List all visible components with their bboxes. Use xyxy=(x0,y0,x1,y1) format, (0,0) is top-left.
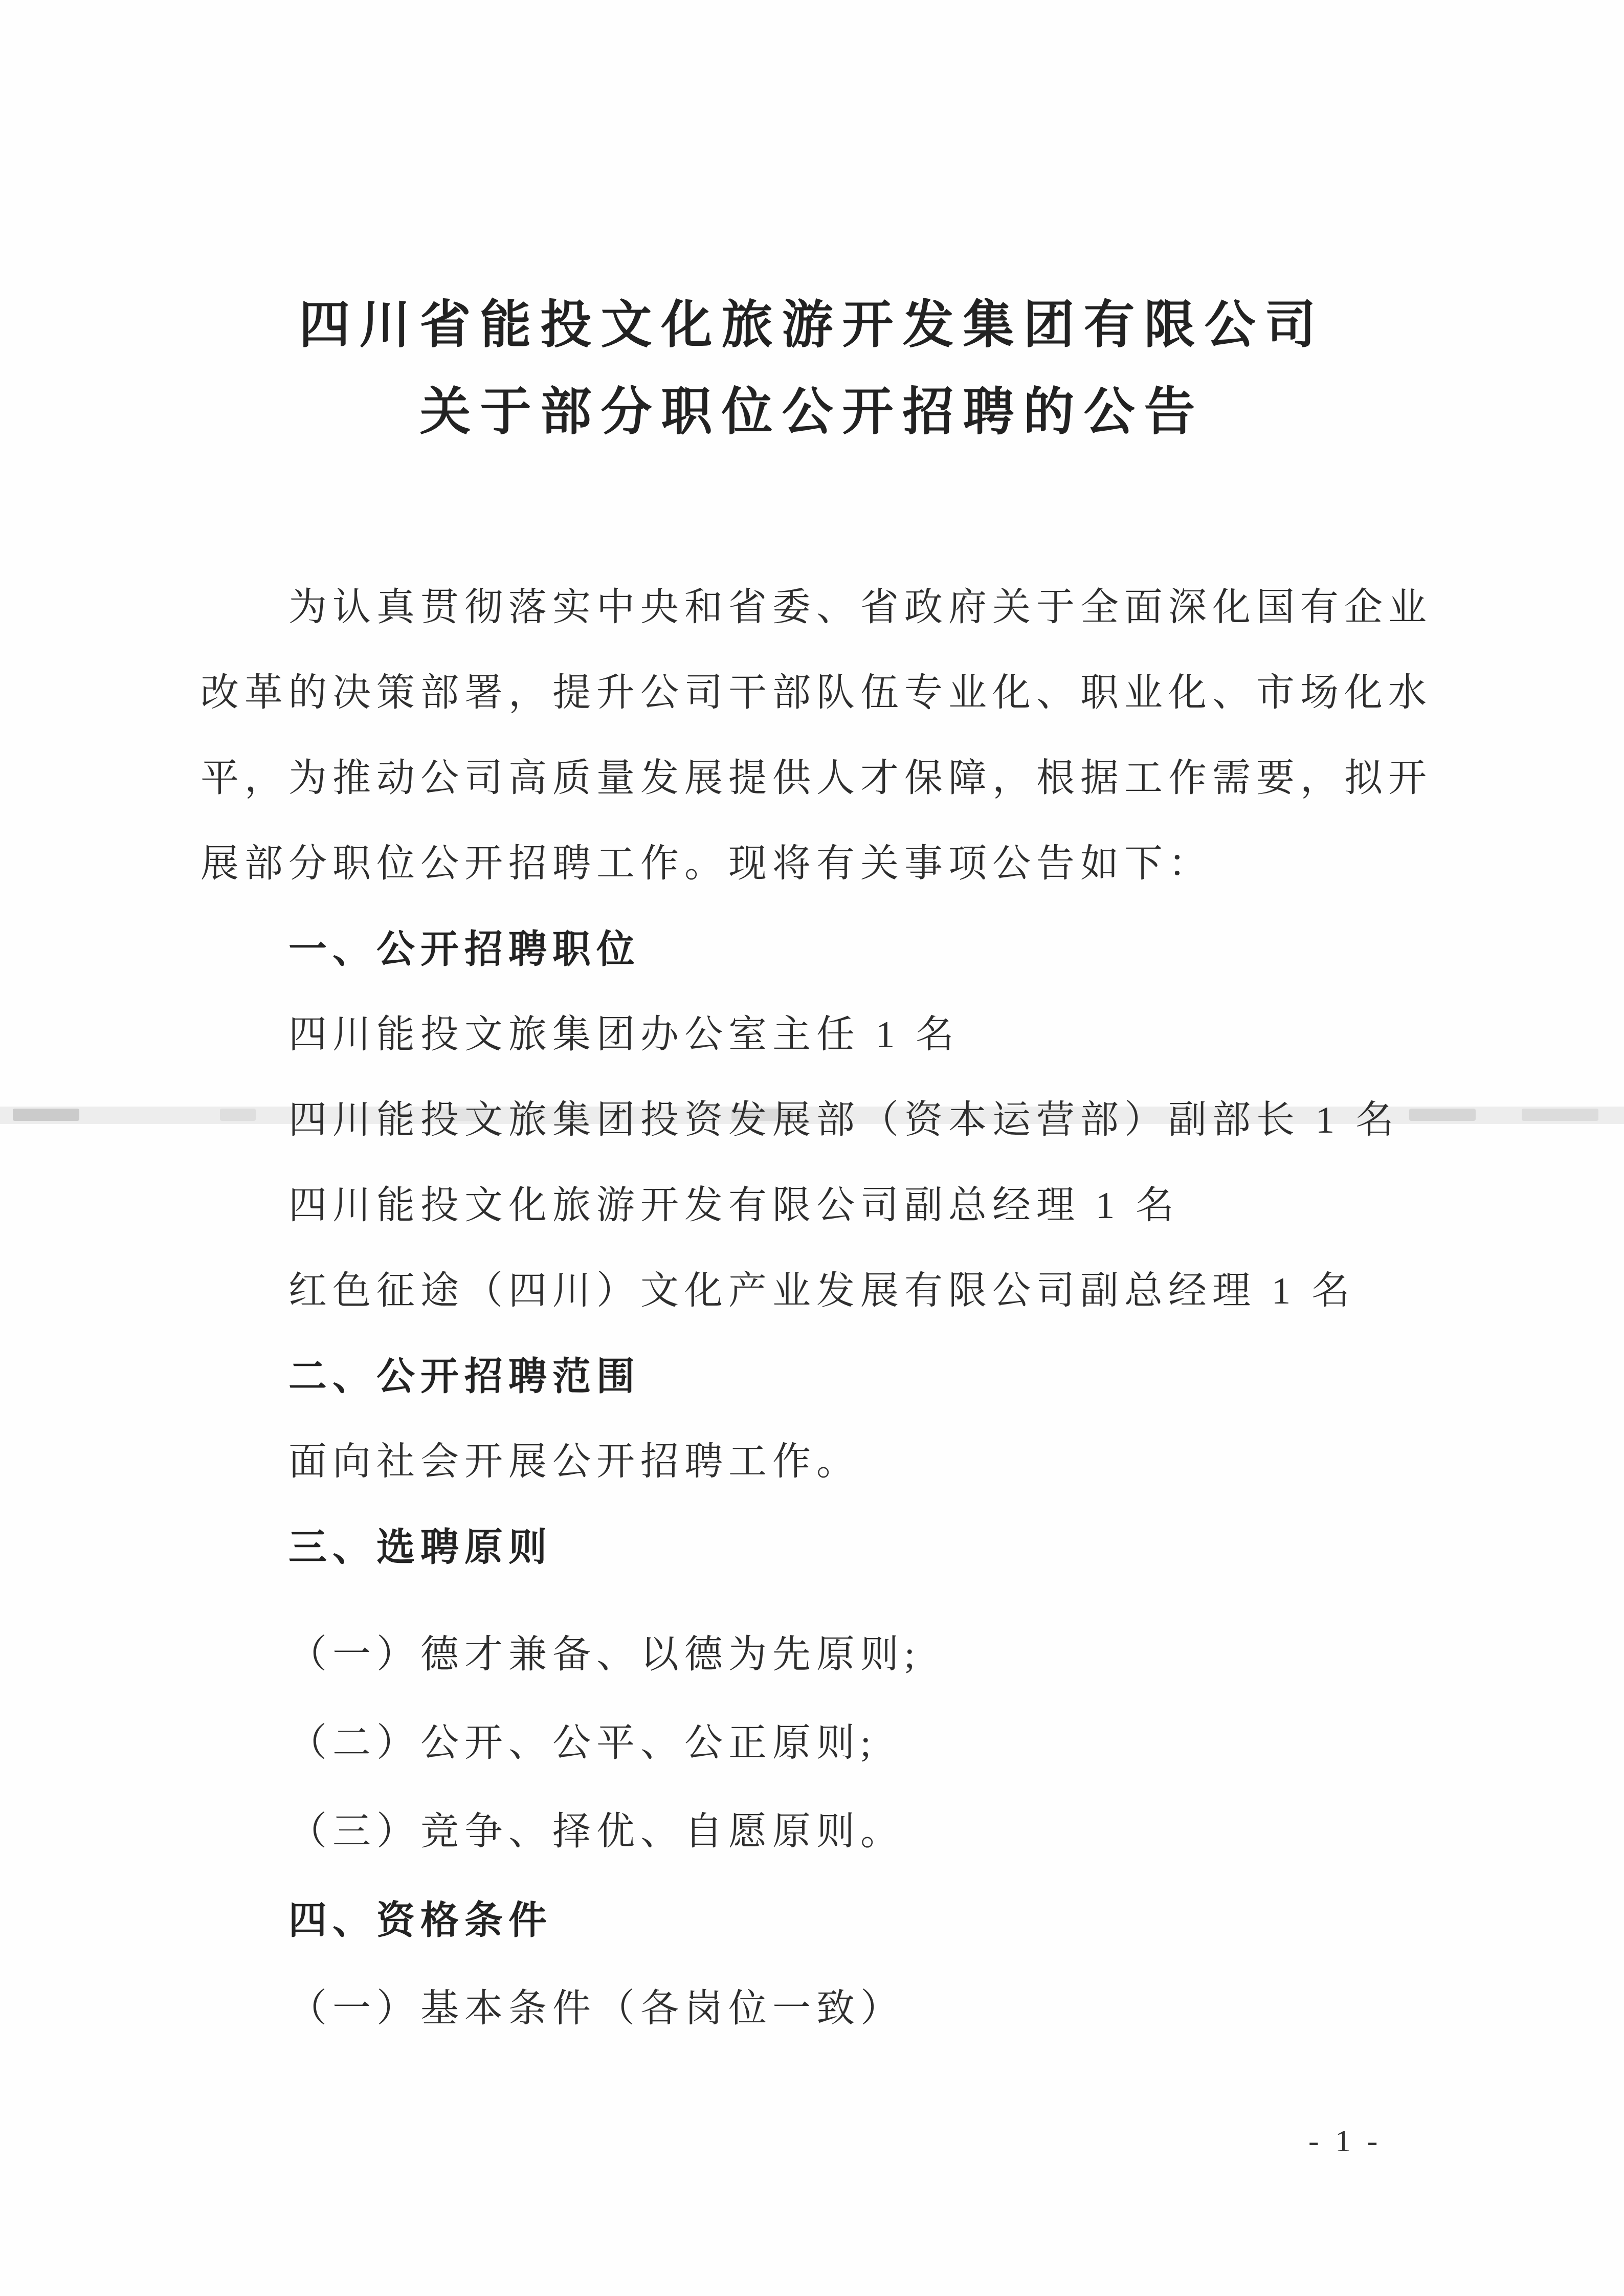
section-1-position-3: 四川能投文化旅游开发有限公司副总经理 1 名 xyxy=(201,1163,1440,1248)
section-1-position-2: 四川能投文旅集团投资发展部（资本运营部）副部长 1 名 xyxy=(201,1077,1440,1163)
scanned-document-page: 四川省能投文化旅游开发集团有限公司 关于部分职位公开招聘的公告 为认真贯彻落实中… xyxy=(0,0,1624,2296)
section-1-position-4: 红色征途（四川）文化产业发展有限公司副总经理 1 名 xyxy=(201,1248,1440,1334)
section-2-heading: 二、公开招聘范围 xyxy=(201,1334,1440,1419)
section-3-principle-2: （二）公开、公平、公正原则; xyxy=(201,1699,1440,1787)
scan-smudge xyxy=(1522,1109,1598,1121)
intro-line-1: 为认真贯彻落实中央和省委、省政府关于全面深化国有企业 xyxy=(201,565,1440,650)
section-4-subheading: （一）基本条件（各岗位一致） xyxy=(201,1964,1440,2053)
title-line-2: 关于部分职位公开招聘的公告 xyxy=(0,368,1624,455)
document-title: 四川省能投文化旅游开发集团有限公司 关于部分职位公开招聘的公告 xyxy=(0,281,1624,455)
page-number: - 1 - xyxy=(1308,2123,1382,2159)
intro-line-2: 改革的决策部署，提升公司干部队伍专业化、职业化、市场化水 xyxy=(201,650,1440,736)
section-1-position-1: 四川能投文旅集团办公室主任 1 名 xyxy=(201,992,1440,1077)
title-line-1: 四川省能投文化旅游开发集团有限公司 xyxy=(0,281,1624,368)
section-3-principle-1: （一）德才兼备、以德为先原则; xyxy=(201,1610,1440,1699)
section-2-body: 面向社会开展公开招聘工作。 xyxy=(201,1419,1440,1505)
scan-smudge xyxy=(13,1109,79,1121)
section-1-heading: 一、公开招聘职位 xyxy=(201,907,1440,992)
document-body: 为认真贯彻落实中央和省委、省政府关于全面深化国有企业 改革的决策部署，提升公司干… xyxy=(201,565,1440,2053)
section-4-heading: 四、资格条件 xyxy=(201,1876,1440,1964)
intro-line-4: 展部分职位公开招聘工作。现将有关事项公告如下： xyxy=(201,821,1440,907)
intro-line-3: 平，为推动公司高质量发展提供人才保障，根据工作需要，拟开 xyxy=(201,736,1440,821)
section-3-principle-3: （三）竞争、择优、自愿原则。 xyxy=(201,1787,1440,1876)
section-3-heading: 三、选聘原则 xyxy=(201,1505,1440,1590)
